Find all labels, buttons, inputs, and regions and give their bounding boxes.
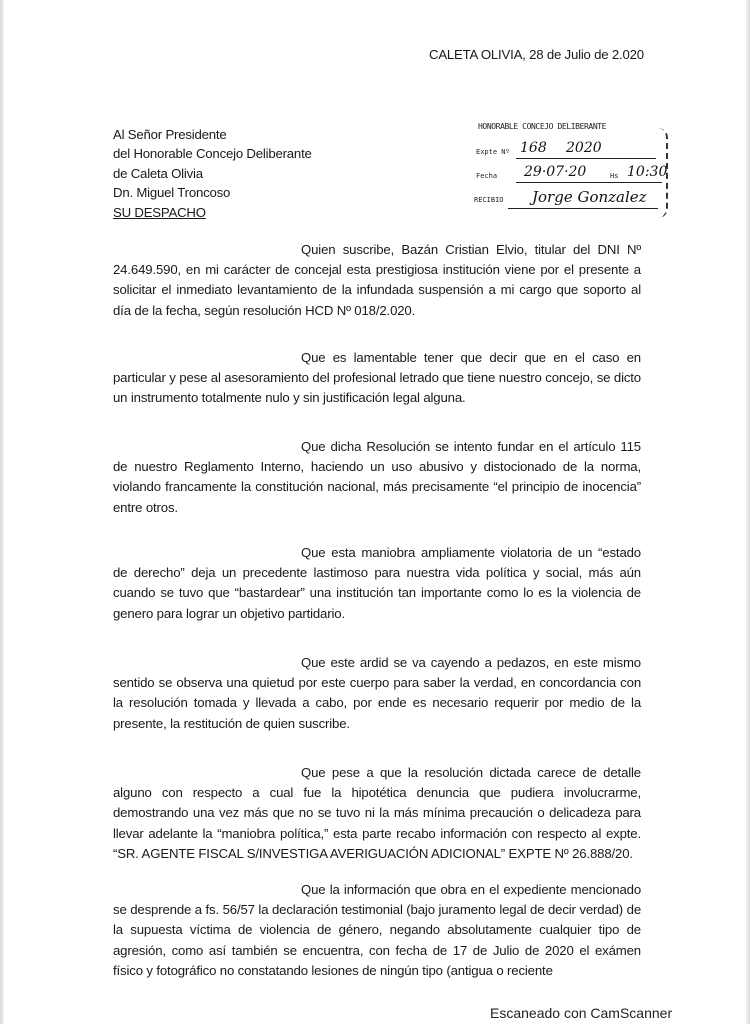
paragraph-7: Que la información que obra en el expedi… — [113, 880, 641, 981]
paragraph-1: Quien suscribe, Bazán Cristian Elvio, ti… — [113, 240, 641, 321]
addressee-line: Dn. Miguel Troncoso — [113, 183, 312, 202]
reception-stamp: HONORABLE CONCEJO DELIBERANTE Expte Nº 1… — [472, 118, 672, 228]
addressee-closing: SU DESPACHO — [113, 203, 312, 222]
stamp-header: HONORABLE CONCEJO DELIBERANTE — [478, 122, 606, 131]
stamp-recibio-label: RECIBIO — [474, 196, 504, 204]
stamp-expte-number: 168 — [520, 140, 547, 156]
paragraph-6: Que pese a que la resolución dictada car… — [113, 763, 641, 864]
addressee-line: del Honorable Concejo Deliberante — [113, 144, 312, 163]
document-page: CALETA OLIVIA, 28 de Julio de 2.020 Al S… — [4, 0, 746, 1024]
stamp-expte-year: 2020 — [566, 140, 602, 156]
scan-right-edge — [746, 0, 750, 1024]
paragraph-2: Que es lamentable tener que decir que en… — [113, 348, 641, 409]
addressee-line: Al Señor Presidente — [113, 125, 312, 144]
stamp-expte-label: Expte Nº — [476, 148, 510, 156]
stamp-fecha-label: Fecha — [476, 172, 497, 180]
stamp-signature: Jorge Gonzalez — [532, 188, 647, 206]
paragraph-3: Que dicha Resolución se intento fundar e… — [113, 437, 641, 518]
place-date: CALETA OLIVIA, 28 de Julio de 2.020 — [429, 47, 644, 62]
paragraph-4: Que esta maniobra ampliamente violatoria… — [113, 543, 641, 624]
paragraph-5: Que este ardid se va cayendo a pedazos, … — [113, 653, 641, 734]
stamp-hora-label: Hs — [610, 172, 618, 180]
addressee-block: Al Señor Presidente del Honorable Concej… — [113, 125, 312, 222]
addressee-line: de Caleta Olivia — [113, 164, 312, 183]
stamp-fecha-value: 29·07·20 — [524, 164, 586, 180]
stamp-border — [658, 128, 668, 218]
camscanner-watermark: Escaneado con CamScanner — [490, 1005, 672, 1021]
